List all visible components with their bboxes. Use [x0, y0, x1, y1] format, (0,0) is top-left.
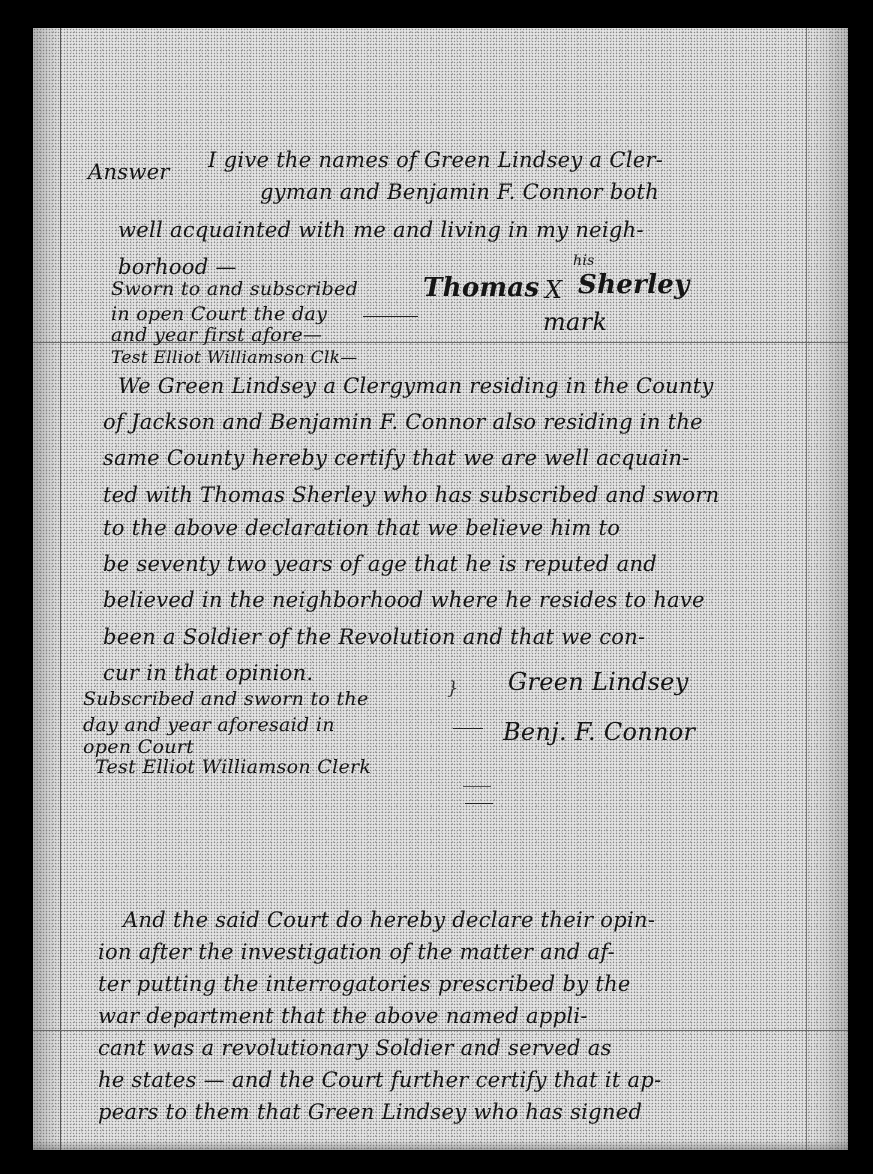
jurat-1-line-2: in open Court the day — [111, 303, 327, 325]
answer-line-3: well acquainted with me and living in my… — [118, 218, 644, 242]
answer-line-4: borhood — — [118, 255, 237, 279]
answer-line-2: gyman and Benjamin F. Connor both — [260, 180, 659, 204]
court-line-3: ter putting the interrogatories prescrib… — [98, 972, 631, 996]
certificate-line-6: be seventy two years of age that he is r… — [103, 552, 657, 576]
answer-line-1: I give the names of Green Lindsey a Cler… — [208, 148, 663, 172]
dash-mark — [465, 803, 493, 804]
jurat-2-line-4: Test Elliot Williamson Clerk — [95, 756, 371, 778]
signature-thomas: Thomas — [423, 273, 539, 303]
signature-green-lindsey: Green Lindsey — [508, 668, 689, 696]
dash-mark — [463, 786, 491, 787]
jurat-2-line-3: open Court — [83, 736, 194, 758]
signature-mark-glyph: X — [545, 276, 562, 304]
jurat-1-line-4: Test Elliot Williamson Clk— — [111, 348, 358, 368]
left-margin-line — [60, 28, 61, 1150]
certificate-line-2: of Jackson and Benjamin F. Connor also r… — [103, 410, 703, 434]
jurat-2-line-2: day and year aforesaid in — [83, 714, 335, 736]
answer-label: Answer — [88, 160, 170, 184]
his-label: his — [573, 253, 595, 269]
signature-benj-connor: Benj. F. Connor — [503, 718, 695, 746]
certificate-line-7: believed in the neighborhood where he re… — [103, 588, 705, 612]
court-line-6: he states — and the Court further certif… — [98, 1068, 662, 1092]
certificate-line-4: ted with Thomas Sherley who has subscrib… — [103, 483, 720, 507]
jurat-2-line-1: Subscribed and sworn to the — [83, 688, 368, 710]
certificate-line-3: same County hereby certify that we are w… — [103, 446, 690, 470]
ruled-line — [33, 1030, 848, 1031]
certificate-line-5: to the above declaration that we believe… — [103, 516, 620, 540]
certificate-line-9: cur in that opinion. — [103, 661, 313, 685]
court-line-2: ion after the investigation of the matte… — [98, 940, 615, 964]
signature-underline — [363, 316, 418, 317]
court-line-1: And the said Court do hereby declare the… — [123, 908, 655, 932]
mark-label: mark — [543, 308, 607, 336]
certificate-line-8: been a Soldier of the Revolution and tha… — [103, 625, 645, 649]
page-bottom-fold — [33, 1140, 848, 1150]
jurat-1-line-1: Sworn to and subscribed — [111, 278, 358, 300]
bracket-mark: } — [447, 678, 458, 699]
right-margin-line — [806, 28, 807, 1150]
signature-sherley: Sherley — [578, 270, 690, 300]
certificate-line-1: We Green Lindsey a Clergyman residing in… — [118, 374, 714, 398]
jurat-1-line-3: and year first afore— — [111, 324, 322, 346]
document-page: Answer I give the names of Green Lindsey… — [33, 28, 848, 1150]
dash-mark — [453, 728, 483, 729]
court-line-4: war department that the above named appl… — [98, 1004, 588, 1028]
court-line-5: cant was a revolutionary Soldier and ser… — [98, 1036, 612, 1060]
court-line-7: pears to them that Green Lindsey who has… — [98, 1100, 642, 1124]
